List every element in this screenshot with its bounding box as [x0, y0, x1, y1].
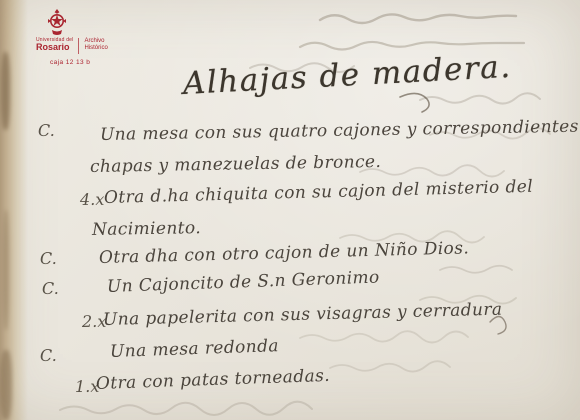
margin-mark: 4.x	[80, 190, 104, 209]
archive-logo: Universidad del Rosario Archivo Históric…	[36, 8, 166, 66]
entry-line: Otra dha con otro cajon de un Niño Dios.	[99, 238, 470, 268]
university-name: Rosario	[36, 43, 73, 52]
box-reference-label: caja 12 13 b	[50, 59, 166, 66]
entry-line: Una papelerita con sus visagras y cerrad…	[103, 300, 503, 330]
edge-stain	[1, 52, 10, 130]
university-crest-icon	[44, 8, 70, 36]
entry-line: Nacimiento.	[92, 218, 201, 240]
edge-stain	[0, 350, 12, 420]
entry-line: Un Cajoncito de S.n Geronimo	[107, 267, 380, 297]
logo-divider	[78, 38, 79, 54]
entry-line: Una mesa redonda	[110, 336, 280, 362]
entry-line: chapas y manezuelas de bronce.	[90, 152, 382, 177]
margin-mark: C.	[40, 249, 57, 268]
manuscript-page: Universidad del Rosario Archivo Históric…	[0, 0, 580, 420]
entry-line: Otra con patas torneadas.	[96, 366, 331, 394]
margin-mark: C.	[38, 121, 55, 140]
archive-label-line1: Archivo	[84, 38, 107, 45]
section-title: Alhajas de madera.	[182, 49, 512, 102]
margin-mark: C.	[40, 346, 57, 365]
entry-line: Otra d.ha chiquita con su cajon del mist…	[104, 177, 534, 208]
margin-mark: C.	[42, 279, 59, 298]
edge-stain	[3, 210, 9, 330]
entry-line: Una mesa con sus quatro cajones y corres…	[100, 117, 579, 145]
archive-label-line2: Histórico	[84, 45, 107, 52]
